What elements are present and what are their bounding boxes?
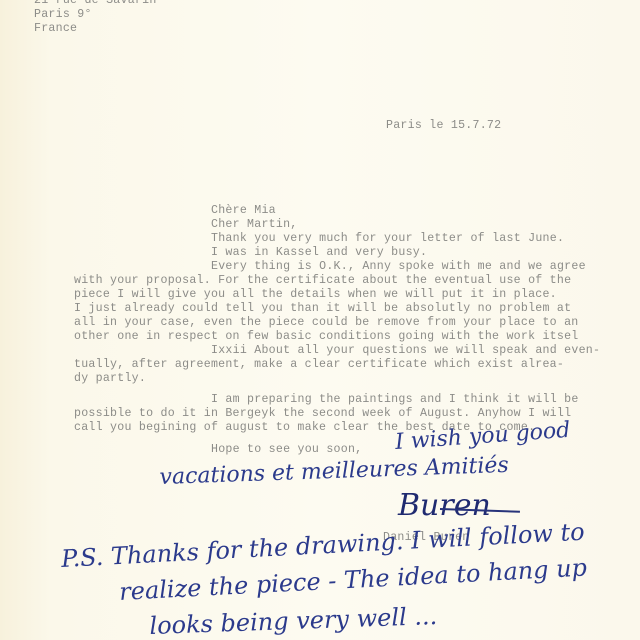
handwritten-signature: Buren — [398, 488, 491, 523]
body-line: dy partly. — [74, 372, 146, 386]
salutation-line-1: Chère Mia — [211, 204, 276, 218]
handwritten-closing-2: vacations et meilleures Amitiés — [159, 453, 509, 490]
body-line: I am preparing the paintings and I think… — [211, 393, 579, 407]
place-date: Paris le 15.7.72 — [386, 119, 501, 133]
body-line: I was in Kassel and very busy. — [211, 246, 427, 260]
sender-address-line-2: Paris 9° — [34, 8, 92, 22]
sender-address-line-3: France — [34, 22, 77, 36]
body-line: Thank you very much for your letter of l… — [211, 232, 564, 246]
body-line: other one in respect on few basic condit… — [74, 330, 579, 344]
salutation-line-2: Cher Martin, — [211, 218, 298, 232]
closing: Hope to see you soon, — [211, 443, 362, 457]
body-line: all in your case, even the piece could b… — [74, 316, 579, 330]
body-line: Ixxii About all your questions we will s… — [211, 344, 600, 358]
body-line: I just already could tell you than it wi… — [74, 302, 571, 316]
postscript-line-3: looks being very well ... — [149, 602, 438, 640]
body-line: Every thing is O.K., Anny spoke with me … — [211, 260, 586, 274]
body-line: tually, after agreement, make a clear ce… — [74, 358, 564, 372]
letter-page: 21 rue de Savarin Paris 9° France Paris … — [0, 0, 640, 640]
body-line: piece I will give you all the details wh… — [74, 288, 557, 302]
sender-address-line-1: 21 rue de Savarin — [34, 0, 157, 8]
body-line: possible to do it in Bergeyk the second … — [74, 407, 571, 421]
body-line: with your proposal. For the certificate … — [74, 274, 571, 288]
